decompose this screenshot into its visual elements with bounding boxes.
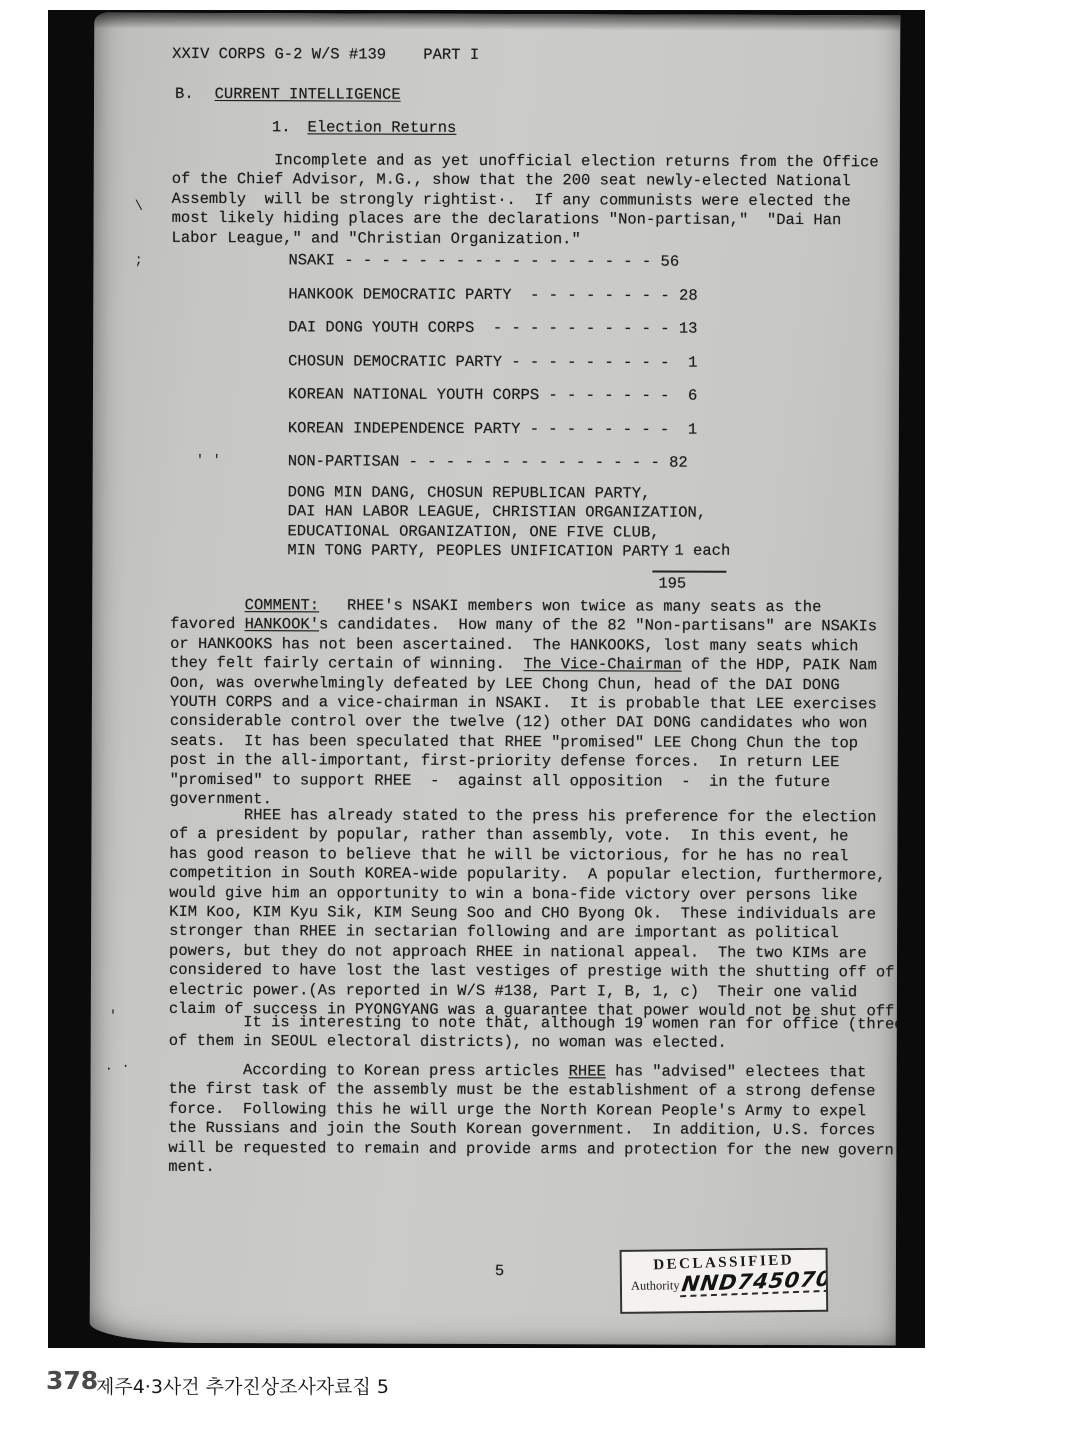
press-line: ment. [168,1158,900,1180]
tally-seats: 56 [661,253,680,271]
comment-underlined: HANKOOK' [245,616,319,634]
tally-seats: 82 [669,454,688,472]
tally-party: CHOSUN DEMOCRATIC PARTY [288,352,502,371]
tally-party: HANKOOK DEMOCRATIC PARTY [288,285,511,304]
intro-line: Labor League," and "Christian Organizati… [172,228,879,250]
stamp-authority-label: Authority [631,1278,680,1293]
press-line: force. Following this he will urge the N… [168,1100,900,1122]
rhee-line: electric power.(As reported in W/S #138,… [169,981,900,1003]
footer-page-number: 378 [46,1366,98,1395]
election-tally: NSAKI - - - - - - - - - - - - - - - - - … [288,251,698,487]
tally-leader: - - - - - - - [539,386,679,404]
section-label: B. [175,85,194,103]
comment-line: they felt fairly certain of winning. The… [170,654,877,676]
tally-row: DAI DONG YOUTH CORPS - - - - - - - - - -… [288,318,697,339]
tally-seats: 6 [679,387,698,405]
press-line: the first task of the assembly must be t… [169,1080,901,1102]
women-paragraph: It is interesting to note that, although… [169,1013,901,1054]
tally-leader: - - - - - - - - - - - - - - - - - [335,251,661,270]
women-line: of them in SEOUL electoral districts), n… [169,1032,901,1054]
comment-line: COMMENT: RHEE's NSAKI members won twice … [170,596,877,618]
comment-underlined: The Vice-Chairman [523,655,681,674]
comment-line: "promised" to support RHEE - against all… [170,771,877,793]
rhee-line: of a president by popular, rather than a… [169,825,900,847]
tally-party: KOREAN INDEPENDENCE PARTY [288,419,521,438]
item-heading: 1.Election Returns [272,118,457,138]
rhee-line: powers, but they do not approach RHEE in… [169,942,900,964]
press-underlined: RHEE [569,1062,606,1080]
tally-party: KOREAN NATIONAL YOUTH CORPS [288,386,539,405]
page-number: 5 [495,1262,504,1281]
intro-line: most likely hiding places are the declar… [172,209,879,231]
comment-text: s candidates. How many of the 82 "Non-pa… [319,616,877,636]
intro-line: Assembly will be strongly rightist·. If … [172,190,879,212]
comment-line: considerable control over the twelve (12… [170,712,877,734]
comment-line: Oon, was overwhelmingly defeated by LEE … [170,673,877,695]
tally-leader: - - - - - - - - [512,286,679,305]
photo-background: XXIV CORPS G-2 W/S #139 PART I B.CURRENT… [48,10,925,1348]
margin-mark: ; [134,253,142,269]
comment-text: of the HDP, PAIK Nam [682,656,877,675]
intro-line: of the Chief Advisor, M.G., show that th… [172,170,879,192]
press-text: According to Korean press articles [169,1061,569,1080]
tally-seats: 1 [679,421,698,439]
one-each-line: MIN TONG PARTY, PEOPLES UNIFICATION PART… [287,541,706,562]
footer-caption: 제주4·3사건 추가진상조사자료집 5 [96,1372,389,1399]
tally-row: HANKOOK DEMOCRATIC PARTY - - - - - - - -… [288,285,697,306]
rhee-line: would give him an opportunity to win a b… [169,883,900,905]
comment-label: COMMENT: [245,596,319,614]
comment-text: favored [170,615,244,633]
comment-indent [170,596,244,614]
tally-seats: 28 [679,286,698,304]
stamp-authority-row: AuthorityNND745070 [622,1271,826,1296]
doc-header-line: XXIV CORPS G-2 W/S #139 PART I [172,45,479,65]
intro-line: Incomplete and as yet unofficial electio… [172,151,879,173]
press-text: has "advised" electees that [606,1062,867,1081]
comment-text: they felt fairly certain of winning. [170,654,524,673]
document-page: XXIV CORPS G-2 W/S #139 PART I B.CURRENT… [90,13,901,1346]
margin-mark: . · [105,1059,130,1075]
section-title: CURRENT INTELLIGENCE [215,85,401,104]
comment-line: YOUTH CORPS and a vice-chairman in NSAKI… [170,693,877,715]
tally-party: DAI DONG YOUTH CORPS [288,318,474,337]
press-line: the Russians and join the South Korean g… [168,1119,900,1141]
press-paragraph: According to Korean press articles RHEE … [168,1061,900,1180]
declassified-stamp: DECLASSIFIED AuthorityNND745070 [620,1248,829,1314]
tally-leader: - - - - - - - - [520,420,678,439]
one-each-line: EDUCATIONAL ORGANIZATION, ONE FIVE CLUB, [287,522,706,543]
tally-row: KOREAN NATIONAL YOUTH CORPS - - - - - - … [288,386,697,407]
comment-text: RHEE's NSAKI members won twice as many s… [319,596,821,616]
rhee-line: RHEE has already stated to the press his… [169,806,900,828]
one-each-parties: DONG MIN DANG, CHOSUN REPUBLICAN PARTY, … [287,483,706,562]
item-title: Election Returns [308,118,457,137]
press-line: According to Korean press articles RHEE … [169,1061,901,1083]
total-rule [652,571,726,573]
tally-party: NSAKI [288,251,335,269]
tally-leader: - - - - - - - - - - [474,319,679,338]
margin-mark: ' ' [196,453,221,469]
comment-line: favored HANKOOK's candidates. How many o… [170,615,877,637]
one-each-label: 1 each [674,542,730,562]
rhee-line: KIM Koo, KIM Kyu Sik, KIM Seung Soo and … [169,903,900,925]
one-each-line: DAI HAN LABOR LEAGUE, CHRISTIAN ORGANIZA… [288,503,707,524]
scan-background: XXIV CORPS G-2 W/S #139 PART I B.CURRENT… [0,0,1080,1439]
rhee-paragraph: RHEE has already stated to the press his… [169,806,901,1022]
rhee-line: has good reason to believe that he will … [169,845,900,867]
tally-leader: - - - - - - - - - [502,353,679,372]
margin-mark: \ [135,199,143,215]
tally-seats: 13 [679,320,698,338]
item-label: 1. [272,118,291,136]
rhee-line: stronger than RHEE in sectarian followin… [169,922,900,944]
rhee-line: competition in South KOREA-wide populari… [169,864,900,886]
tally-seats: 1 [679,353,698,371]
stamp-authority-value: NND745070 [680,1269,829,1298]
women-line: It is interesting to note that, although… [169,1013,901,1035]
comment-line: seats. It has been speculated that RHEE … [170,732,877,754]
section-heading: B.CURRENT INTELLIGENCE [175,85,401,105]
comment-line: post in the all-important, first-priorit… [170,751,877,773]
total-value: 195 [658,575,686,595]
one-each-line: DONG MIN DANG, CHOSUN REPUBLICAN PARTY, [288,483,707,504]
intro-paragraph: Incomplete and as yet unofficial electio… [172,151,879,250]
comment-paragraph: COMMENT: RHEE's NSAKI members won twice … [170,596,878,812]
press-line: will be requested to remain and provide … [168,1138,900,1160]
tally-row: CHOSUN DEMOCRATIC PARTY - - - - - - - - … [288,352,697,373]
tally-party: NON-PARTISAN [288,453,400,471]
tally-row: KOREAN INDEPENDENCE PARTY - - - - - - - … [288,419,697,440]
tally-leader: - - - - - - - - - - - - - - [399,453,669,472]
tally-row: NON-PARTISAN - - - - - - - - - - - - - -… [288,453,697,474]
margin-mark: ' [109,1009,117,1025]
rhee-line: considered to have lost the last vestige… [169,961,900,983]
comment-line: or HANKOOKS has not been ascertained. Th… [170,635,877,657]
tally-row: NSAKI - - - - - - - - - - - - - - - - - … [288,251,697,272]
